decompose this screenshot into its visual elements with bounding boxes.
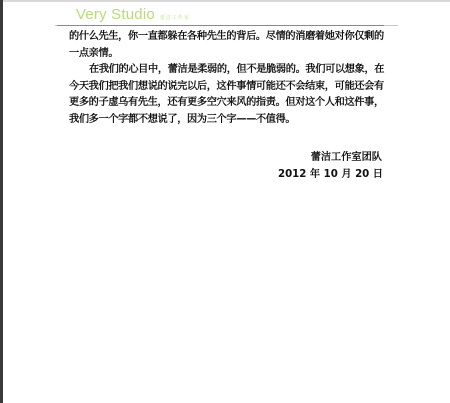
document-page: Very Studio 蕾洁工作室 的什么先生，你一直都躲在各种先生的背后。尽情… xyxy=(3,2,450,403)
paragraph-1: 的什么先生，你一直都躲在各种先生的背后。尽情的消磨着她对你仅剩的一点亲情。 xyxy=(69,29,387,62)
signature-team: 蕾洁工作室团队 xyxy=(243,150,383,167)
paragraph-2: 在我们的心目中，蕾洁是柔弱的，但不是脆弱的。我们可以想象，在今天我们把我们想说的… xyxy=(69,62,387,128)
brand-title: Very Studio xyxy=(76,6,155,23)
header-divider xyxy=(57,25,397,26)
page-header: Very Studio 蕾洁工作室 xyxy=(76,6,190,26)
header-rule-right-tick xyxy=(384,25,398,26)
signature-block: 蕾洁工作室团队 2012 年 10 月 20 日 xyxy=(243,150,383,183)
document-body: 的什么先生，你一直都躲在各种先生的背后。尽情的消磨着她对你仅剩的一点亲情。 在我… xyxy=(69,29,387,129)
brand-subtitle: 蕾洁工作室 xyxy=(160,14,190,21)
signature-date: 2012 年 10 月 20 日 xyxy=(243,167,383,184)
